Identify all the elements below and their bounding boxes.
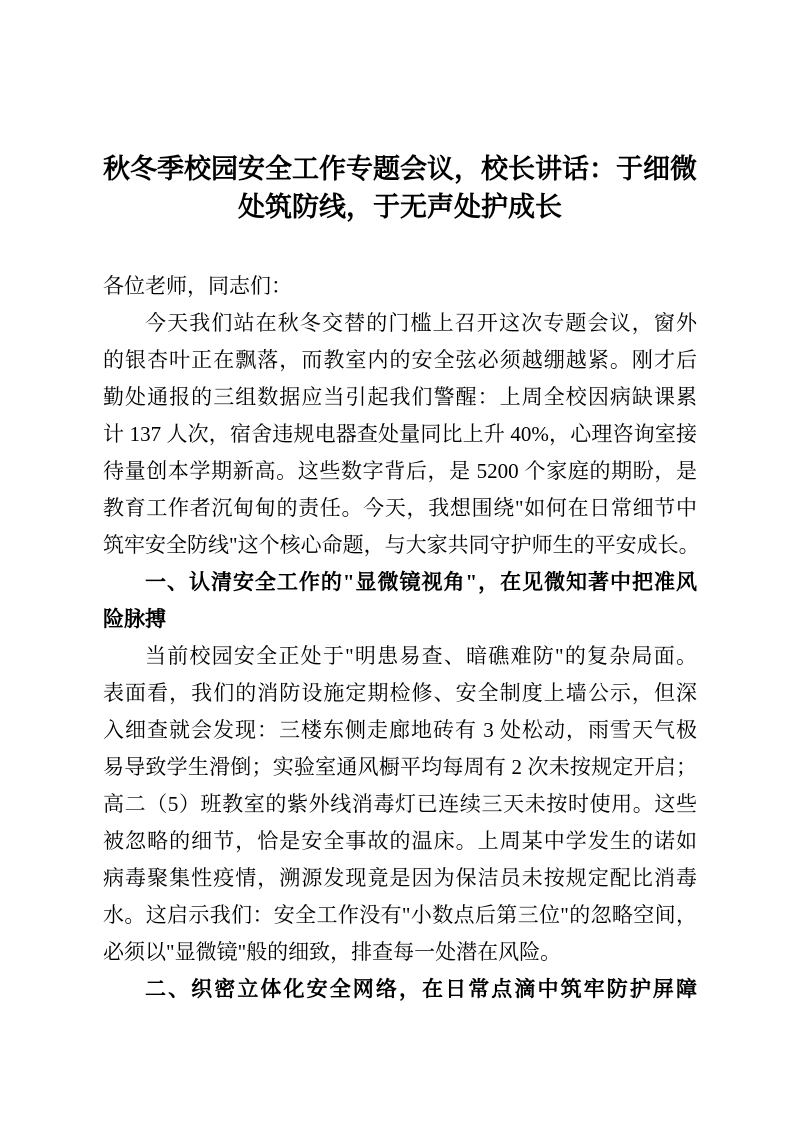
heading-line: 二、织密立体化安全网络，在日常点滴中筑牢防护屏障	[103, 971, 697, 1008]
document-title: 秋冬季校园安全工作专题会议，校长讲话：于细微 处筑防线，于无声处护成长	[103, 150, 697, 226]
text-line: 被忽略的细节，恰是安全事故的温床。上周某中学发生的诺如	[103, 823, 697, 860]
text-line: 表面看，我们的消防设施定期检修、安全制度上墙公示，但深	[103, 675, 697, 712]
paragraph-2: 当前校园安全正处于"明患易查、暗礁难防"的复杂局面。 表面看，我们的消防设施定期…	[103, 638, 697, 971]
text-line: 今天我们站在秋冬交替的门槛上召开这次专题会议，窗外	[103, 305, 697, 342]
text-line: 教育工作者沉甸甸的责任。今天，我想围绕"如何在日常细节中	[103, 490, 697, 527]
text-line: 的银杏叶正在飘落，而教室内的安全弦必须越绷越紧。刚才后	[103, 342, 697, 379]
text-line: 必须以"显微镜"般的细致，排查每一处潜在风险。	[103, 934, 697, 971]
text-line: 高二（5）班教室的紫外线消毒灯已连续三天未按时使用。这些	[103, 786, 697, 823]
title-line-2: 处筑防线，于无声处护成长	[103, 188, 697, 226]
text-line: 筑牢安全防线"这个核心命题，与大家共同守护师生的平安成长。	[103, 527, 697, 564]
document-body: 各位老师，同志们： 今天我们站在秋冬交替的门槛上召开这次专题会议，窗外 的银杏叶…	[103, 268, 697, 1008]
title-line-1: 秋冬季校园安全工作专题会议，校长讲话：于细微	[103, 150, 697, 188]
paragraph-1: 今天我们站在秋冬交替的门槛上召开这次专题会议，窗外 的银杏叶正在飘落，而教室内的…	[103, 305, 697, 564]
text-line: 当前校园安全正处于"明患易查、暗礁难防"的复杂局面。	[103, 638, 697, 675]
text-line: 易导致学生滑倒；实验室通风橱平均每周有 2 次未按规定开启；	[103, 749, 697, 786]
text-line: 勤处通报的三组数据应当引起我们警醒：上周全校因病缺课累	[103, 379, 697, 416]
heading-line: 一、认清安全工作的"显微镜视角"，在见微知著中把准风	[103, 564, 697, 601]
greeting-line: 各位老师，同志们：	[103, 268, 697, 305]
greeting: 各位老师，同志们：	[103, 268, 697, 305]
section-heading-2: 二、织密立体化安全网络，在日常点滴中筑牢防护屏障	[103, 971, 697, 1008]
text-line: 待量创本学期新高。这些数字背后，是 5200 个家庭的期盼，是	[103, 453, 697, 490]
text-line: 计 137 人次，宿舍违规电器查处量同比上升 40%，心理咨询室接	[103, 416, 697, 453]
text-line: 病毒聚集性疫情，溯源发现竟是因为保洁员未按规定配比消毒	[103, 860, 697, 897]
section-heading-1: 一、认清安全工作的"显微镜视角"，在见微知著中把准风 险脉搏	[103, 564, 697, 638]
document-page: 秋冬季校园安全工作专题会议，校长讲话：于细微 处筑防线，于无声处护成长 各位老师…	[0, 0, 793, 1122]
text-line: 水。这启示我们：安全工作没有"小数点后第三位"的忽略空间，	[103, 897, 697, 934]
heading-line: 险脉搏	[103, 601, 697, 638]
text-line: 入细查就会发现：三楼东侧走廊地砖有 3 处松动，雨雪天气极	[103, 712, 697, 749]
